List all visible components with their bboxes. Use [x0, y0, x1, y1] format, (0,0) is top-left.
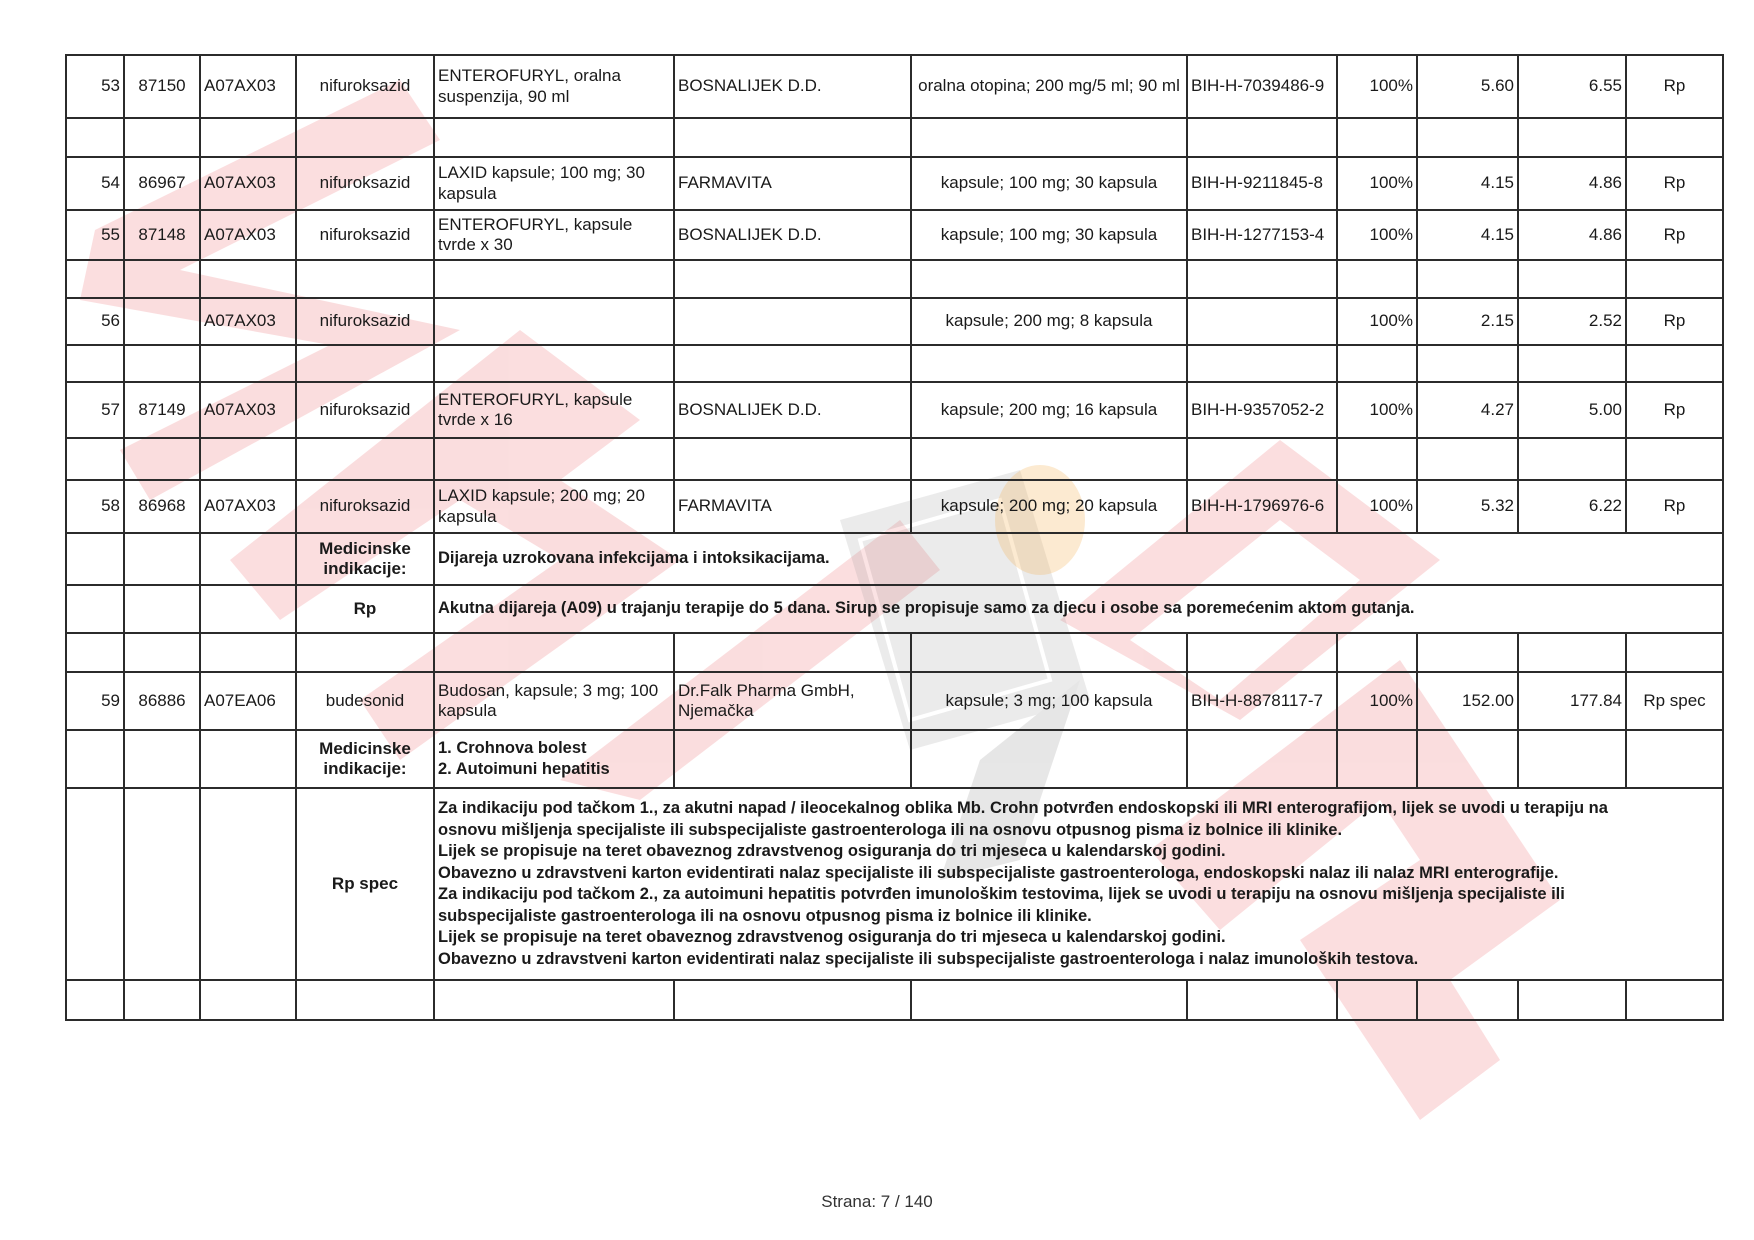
empty-cell: [1518, 118, 1626, 157]
empty-cell: [296, 345, 434, 382]
drug-register-table: 5387150A07AX03nifuroksazidENTEROFURYL, o…: [65, 54, 1724, 1021]
product-code: 87150: [124, 55, 200, 118]
empty-cell: [674, 980, 911, 1020]
empty-cell: [1187, 118, 1337, 157]
row-number: 54: [66, 157, 124, 210]
empty-cell: [1417, 260, 1518, 298]
empty-cell: [1626, 345, 1723, 382]
product-code: 86967: [124, 157, 200, 210]
empty-cell: [124, 788, 200, 980]
note-line: 2. Autoimuni hepatitis: [438, 759, 670, 781]
empty-cell: [1417, 730, 1518, 788]
note-line: Obavezno u zdravstveni karton evidentira…: [438, 863, 1719, 885]
price-wholesale: 4.15: [1417, 157, 1518, 210]
inn-name: nifuroksazid: [296, 480, 434, 533]
empty-cell: [1187, 730, 1337, 788]
registration-number: BIH-H-8878117-7: [1187, 672, 1337, 730]
row-number: 59: [66, 672, 124, 730]
empty-cell: [1187, 345, 1337, 382]
empty-cell: [66, 345, 124, 382]
price-retail: 6.55: [1518, 55, 1626, 118]
empty-cell: [124, 633, 200, 672]
empty-cell: [124, 260, 200, 298]
empty-cell: [1337, 980, 1417, 1020]
empty-cell: [200, 788, 296, 980]
empty-cell: [200, 585, 296, 633]
product-row: 56A07AX03nifuroksazidkapsule; 200 mg; 8 …: [66, 298, 1723, 345]
note-text: Za indikaciju pod tačkom 1., za akutni n…: [434, 788, 1723, 980]
empty-cell: [434, 633, 674, 672]
coverage-percent: 100%: [1337, 298, 1417, 345]
manufacturer: FARMAVITA: [674, 157, 911, 210]
manufacturer: [674, 298, 911, 345]
empty-cell: [66, 260, 124, 298]
empty-cell: [434, 345, 674, 382]
note-text: 1. Crohnova bolest2. Autoimuni hepatitis: [434, 730, 674, 788]
empty-cell: [674, 260, 911, 298]
empty-cell: [911, 438, 1187, 480]
pharmaceutical-form: kapsule; 200 mg; 16 kapsula: [911, 382, 1187, 438]
empty-cell: [124, 118, 200, 157]
note-label: Rp: [296, 585, 434, 633]
empty-cell: [66, 585, 124, 633]
manufacturer: BOSNALIJEK D.D.: [674, 382, 911, 438]
product-code: 87149: [124, 382, 200, 438]
registration-number: BIH-H-1796976-6: [1187, 480, 1337, 533]
manufacturer: BOSNALIJEK D.D.: [674, 210, 911, 260]
note-row: Medicinske indikacije:1. Crohnova bolest…: [66, 730, 1723, 788]
product-row: 5486967A07AX03nifuroksazidLAXID kapsule;…: [66, 157, 1723, 210]
product-name: Budosan, kapsule; 3 mg; 100 kapsula: [434, 672, 674, 730]
empty-cell: [1626, 118, 1723, 157]
pharmaceutical-form: kapsule; 200 mg; 8 kapsula: [911, 298, 1187, 345]
empty-cell: [124, 585, 200, 633]
product-name: ENTEROFURYL, kapsule tvrde x 30: [434, 210, 674, 260]
spacer-row: [66, 438, 1723, 480]
spacer-row: [66, 345, 1723, 382]
empty-cell: [124, 438, 200, 480]
inn-name: nifuroksazid: [296, 157, 434, 210]
product-code: 86886: [124, 672, 200, 730]
prescription-regime: Rp: [1626, 382, 1723, 438]
coverage-percent: 100%: [1337, 672, 1417, 730]
empty-cell: [66, 730, 124, 788]
empty-cell: [1187, 633, 1337, 672]
spacer-row: [66, 118, 1723, 157]
note-line: 1. Crohnova bolest: [438, 738, 670, 760]
empty-cell: [200, 730, 296, 788]
empty-cell: [1187, 980, 1337, 1020]
empty-cell: [434, 260, 674, 298]
product-row: 5787149A07AX03nifuroksazidENTEROFURYL, k…: [66, 382, 1723, 438]
empty-cell: [1626, 980, 1723, 1020]
empty-cell: [66, 118, 124, 157]
price-wholesale: 2.15: [1417, 298, 1518, 345]
row-number: 56: [66, 298, 124, 345]
row-number: 58: [66, 480, 124, 533]
inn-name: nifuroksazid: [296, 298, 434, 345]
empty-cell: [434, 438, 674, 480]
empty-cell: [1417, 118, 1518, 157]
empty-cell: [124, 345, 200, 382]
product-name: ENTEROFURYL, kapsule tvrde x 16: [434, 382, 674, 438]
note-line: Za indikaciju pod tačkom 1., za akutni n…: [438, 798, 1719, 820]
empty-cell: [200, 345, 296, 382]
empty-cell: [674, 438, 911, 480]
pharmaceutical-form: kapsule; 100 mg; 30 kapsula: [911, 157, 1187, 210]
empty-cell: [1337, 118, 1417, 157]
price-retail: 5.00: [1518, 382, 1626, 438]
pharmaceutical-form: kapsule; 3 mg; 100 kapsula: [911, 672, 1187, 730]
inn-name: nifuroksazid: [296, 55, 434, 118]
empty-cell: [124, 730, 200, 788]
note-line: Za indikaciju pod tačkom 2., za autoimun…: [438, 884, 1719, 906]
price-retail: 177.84: [1518, 672, 1626, 730]
empty-cell: [911, 260, 1187, 298]
empty-cell: [1518, 345, 1626, 382]
product-code: [124, 298, 200, 345]
empty-cell: [1626, 438, 1723, 480]
price-retail: 6.22: [1518, 480, 1626, 533]
spacer-row: [66, 633, 1723, 672]
empty-cell: [66, 533, 124, 585]
inn-name: budesonid: [296, 672, 434, 730]
note-line: subspecijaliste gastroenterologa ili na …: [438, 906, 1719, 928]
manufacturer: BOSNALIJEK D.D.: [674, 55, 911, 118]
atc-code: A07AX03: [200, 298, 296, 345]
price-wholesale: 5.32: [1417, 480, 1518, 533]
empty-cell: [200, 633, 296, 672]
registration-number: BIH-H-9357052-2: [1187, 382, 1337, 438]
coverage-percent: 100%: [1337, 382, 1417, 438]
prescription-regime: Rp: [1626, 210, 1723, 260]
empty-cell: [66, 980, 124, 1020]
registration-number: BIH-H-7039486-9: [1187, 55, 1337, 118]
empty-cell: [200, 260, 296, 298]
empty-cell: [674, 118, 911, 157]
empty-cell: [200, 438, 296, 480]
prescription-regime: Rp spec: [1626, 672, 1723, 730]
price-wholesale: 152.00: [1417, 672, 1518, 730]
page-number: Strana: 7 / 140: [0, 1192, 1754, 1212]
product-row: 5886968A07AX03nifuroksazidLAXID kapsule;…: [66, 480, 1723, 533]
empty-cell: [296, 260, 434, 298]
price-retail: 2.52: [1518, 298, 1626, 345]
note-line: Obavezno u zdravstveni karton evidentira…: [438, 949, 1719, 971]
empty-cell: [1417, 345, 1518, 382]
row-number: 55: [66, 210, 124, 260]
empty-cell: [1337, 438, 1417, 480]
empty-cell: [124, 980, 200, 1020]
empty-cell: [1337, 730, 1417, 788]
empty-cell: [1518, 438, 1626, 480]
empty-cell: [124, 533, 200, 585]
empty-cell: [911, 345, 1187, 382]
price-retail: 4.86: [1518, 210, 1626, 260]
note-row: Rp specZa indikaciju pod tačkom 1., za a…: [66, 788, 1723, 980]
product-name: LAXID kapsule; 100 mg; 30 kapsula: [434, 157, 674, 210]
empty-cell: [296, 980, 434, 1020]
empty-cell: [296, 438, 434, 480]
note-line: osnovu mišljenja specijaliste ili subspe…: [438, 820, 1719, 842]
atc-code: A07AX03: [200, 382, 296, 438]
empty-cell: [200, 980, 296, 1020]
product-row: 5587148A07AX03nifuroksazidENTEROFURYL, k…: [66, 210, 1723, 260]
inn-name: nifuroksazid: [296, 382, 434, 438]
empty-cell: [296, 118, 434, 157]
atc-code: A07AX03: [200, 157, 296, 210]
empty-cell: [1626, 633, 1723, 672]
product-row: 5387150A07AX03nifuroksazidENTEROFURYL, o…: [66, 55, 1723, 118]
prescription-regime: Rp: [1626, 298, 1723, 345]
price-retail: 4.86: [1518, 157, 1626, 210]
atc-code: A07AX03: [200, 480, 296, 533]
manufacturer: Dr.Falk Pharma GmbH, Njemačka: [674, 672, 911, 730]
prescription-regime: Rp: [1626, 55, 1723, 118]
atc-code: A07AX03: [200, 55, 296, 118]
registration-number: [1187, 298, 1337, 345]
coverage-percent: 100%: [1337, 157, 1417, 210]
empty-cell: [434, 118, 674, 157]
empty-cell: [66, 633, 124, 672]
pharmaceutical-form: kapsule; 100 mg; 30 kapsula: [911, 210, 1187, 260]
prescription-regime: Rp: [1626, 157, 1723, 210]
product-name: [434, 298, 674, 345]
product-name: ENTEROFURYL, oralna suspenzija, 90 ml: [434, 55, 674, 118]
note-text: Akutna dijareja (A09) u trajanju terapij…: [434, 585, 1723, 633]
atc-code: A07AX03: [200, 210, 296, 260]
note-label: Medicinske indikacije:: [296, 730, 434, 788]
registration-number: BIH-H-9211845-8: [1187, 157, 1337, 210]
note-row: Medicinske indikacije:Dijareja uzrokovan…: [66, 533, 1723, 585]
empty-cell: [1187, 438, 1337, 480]
product-code: 87148: [124, 210, 200, 260]
price-wholesale: 4.27: [1417, 382, 1518, 438]
atc-code: A07EA06: [200, 672, 296, 730]
empty-cell: [1337, 345, 1417, 382]
empty-cell: [911, 118, 1187, 157]
empty-cell: [674, 345, 911, 382]
note-line: Lijek se propisuje na teret obaveznog zd…: [438, 841, 1719, 863]
pharmaceutical-form: kapsule; 200 mg; 20 kapsula: [911, 480, 1187, 533]
empty-cell: [911, 730, 1187, 788]
empty-cell: [1518, 730, 1626, 788]
note-label: Rp spec: [296, 788, 434, 980]
empty-cell: [674, 730, 911, 788]
spacer-row: [66, 980, 1723, 1020]
note-row: RpAkutna dijareja (A09) u trajanju terap…: [66, 585, 1723, 633]
product-row: 5986886A07EA06budesonidBudosan, kapsule;…: [66, 672, 1723, 730]
note-label: Medicinske indikacije:: [296, 533, 434, 585]
empty-cell: [200, 118, 296, 157]
empty-cell: [1417, 633, 1518, 672]
empty-cell: [66, 438, 124, 480]
empty-cell: [1626, 730, 1723, 788]
coverage-percent: 100%: [1337, 210, 1417, 260]
empty-cell: [1518, 980, 1626, 1020]
row-number: 57: [66, 382, 124, 438]
note-line: Lijek se propisuje na teret obaveznog zd…: [438, 927, 1719, 949]
product-code: 86968: [124, 480, 200, 533]
pharmaceutical-form: oralna otopina; 200 mg/5 ml; 90 ml: [911, 55, 1187, 118]
spacer-row: [66, 260, 1723, 298]
coverage-percent: 100%: [1337, 480, 1417, 533]
price-wholesale: 5.60: [1417, 55, 1518, 118]
price-wholesale: 4.15: [1417, 210, 1518, 260]
product-name: LAXID kapsule; 200 mg; 20 kapsula: [434, 480, 674, 533]
empty-cell: [911, 633, 1187, 672]
empty-cell: [1417, 980, 1518, 1020]
empty-cell: [66, 788, 124, 980]
empty-cell: [911, 980, 1187, 1020]
empty-cell: [1626, 260, 1723, 298]
empty-cell: [674, 633, 911, 672]
empty-cell: [1518, 633, 1626, 672]
empty-cell: [296, 633, 434, 672]
note-text: Dijareja uzrokovana infekcijama i intoks…: [434, 533, 1723, 585]
row-number: 53: [66, 55, 124, 118]
coverage-percent: 100%: [1337, 55, 1417, 118]
empty-cell: [1187, 260, 1337, 298]
empty-cell: [1337, 260, 1417, 298]
empty-cell: [200, 533, 296, 585]
prescription-regime: Rp: [1626, 480, 1723, 533]
manufacturer: FARMAVITA: [674, 480, 911, 533]
inn-name: nifuroksazid: [296, 210, 434, 260]
registration-number: BIH-H-1277153-4: [1187, 210, 1337, 260]
empty-cell: [1518, 260, 1626, 298]
empty-cell: [1337, 633, 1417, 672]
empty-cell: [1417, 438, 1518, 480]
empty-cell: [434, 980, 674, 1020]
